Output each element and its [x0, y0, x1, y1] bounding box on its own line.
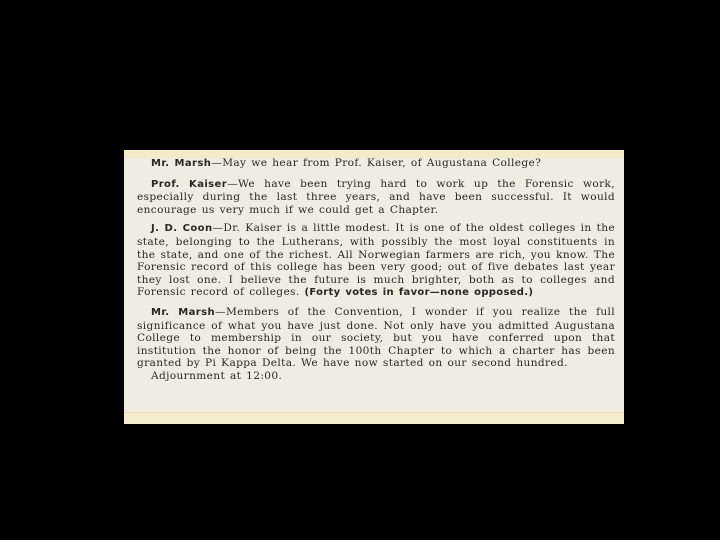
speaker-name: J. D. Coon [151, 223, 212, 234]
speaker-name: Mr. Marsh [151, 307, 215, 318]
clipping-bottom-edge [124, 412, 624, 424]
paragraph-marsh-closing: Mr. Marsh—Members of the Convention, I w… [137, 306, 615, 370]
newspaper-clipping: Mr. Marsh—May we hear from Prof. Kaiser,… [124, 150, 624, 424]
clipping-text: Mr. Marsh—May we hear from Prof. Kaiser,… [137, 157, 615, 383]
adjournment-line: Adjournment at 12:00. [137, 370, 615, 383]
vote-note: (Forty votes in favor—none opposed.) [305, 287, 534, 298]
speaker-name: Prof. Kaiser [151, 179, 227, 190]
paragraph-kaiser: Prof. Kaiser—We have been trying hard to… [137, 178, 615, 217]
paragraph-coon: J. D. Coon—Dr. Kaiser is a little modest… [137, 222, 615, 300]
paragraph-marsh-question: Mr. Marsh—May we hear from Prof. Kaiser,… [137, 157, 615, 171]
speaker-name: Mr. Marsh [151, 158, 211, 169]
paragraph-text: —May we hear from Prof. Kaiser, of Augus… [211, 157, 541, 169]
